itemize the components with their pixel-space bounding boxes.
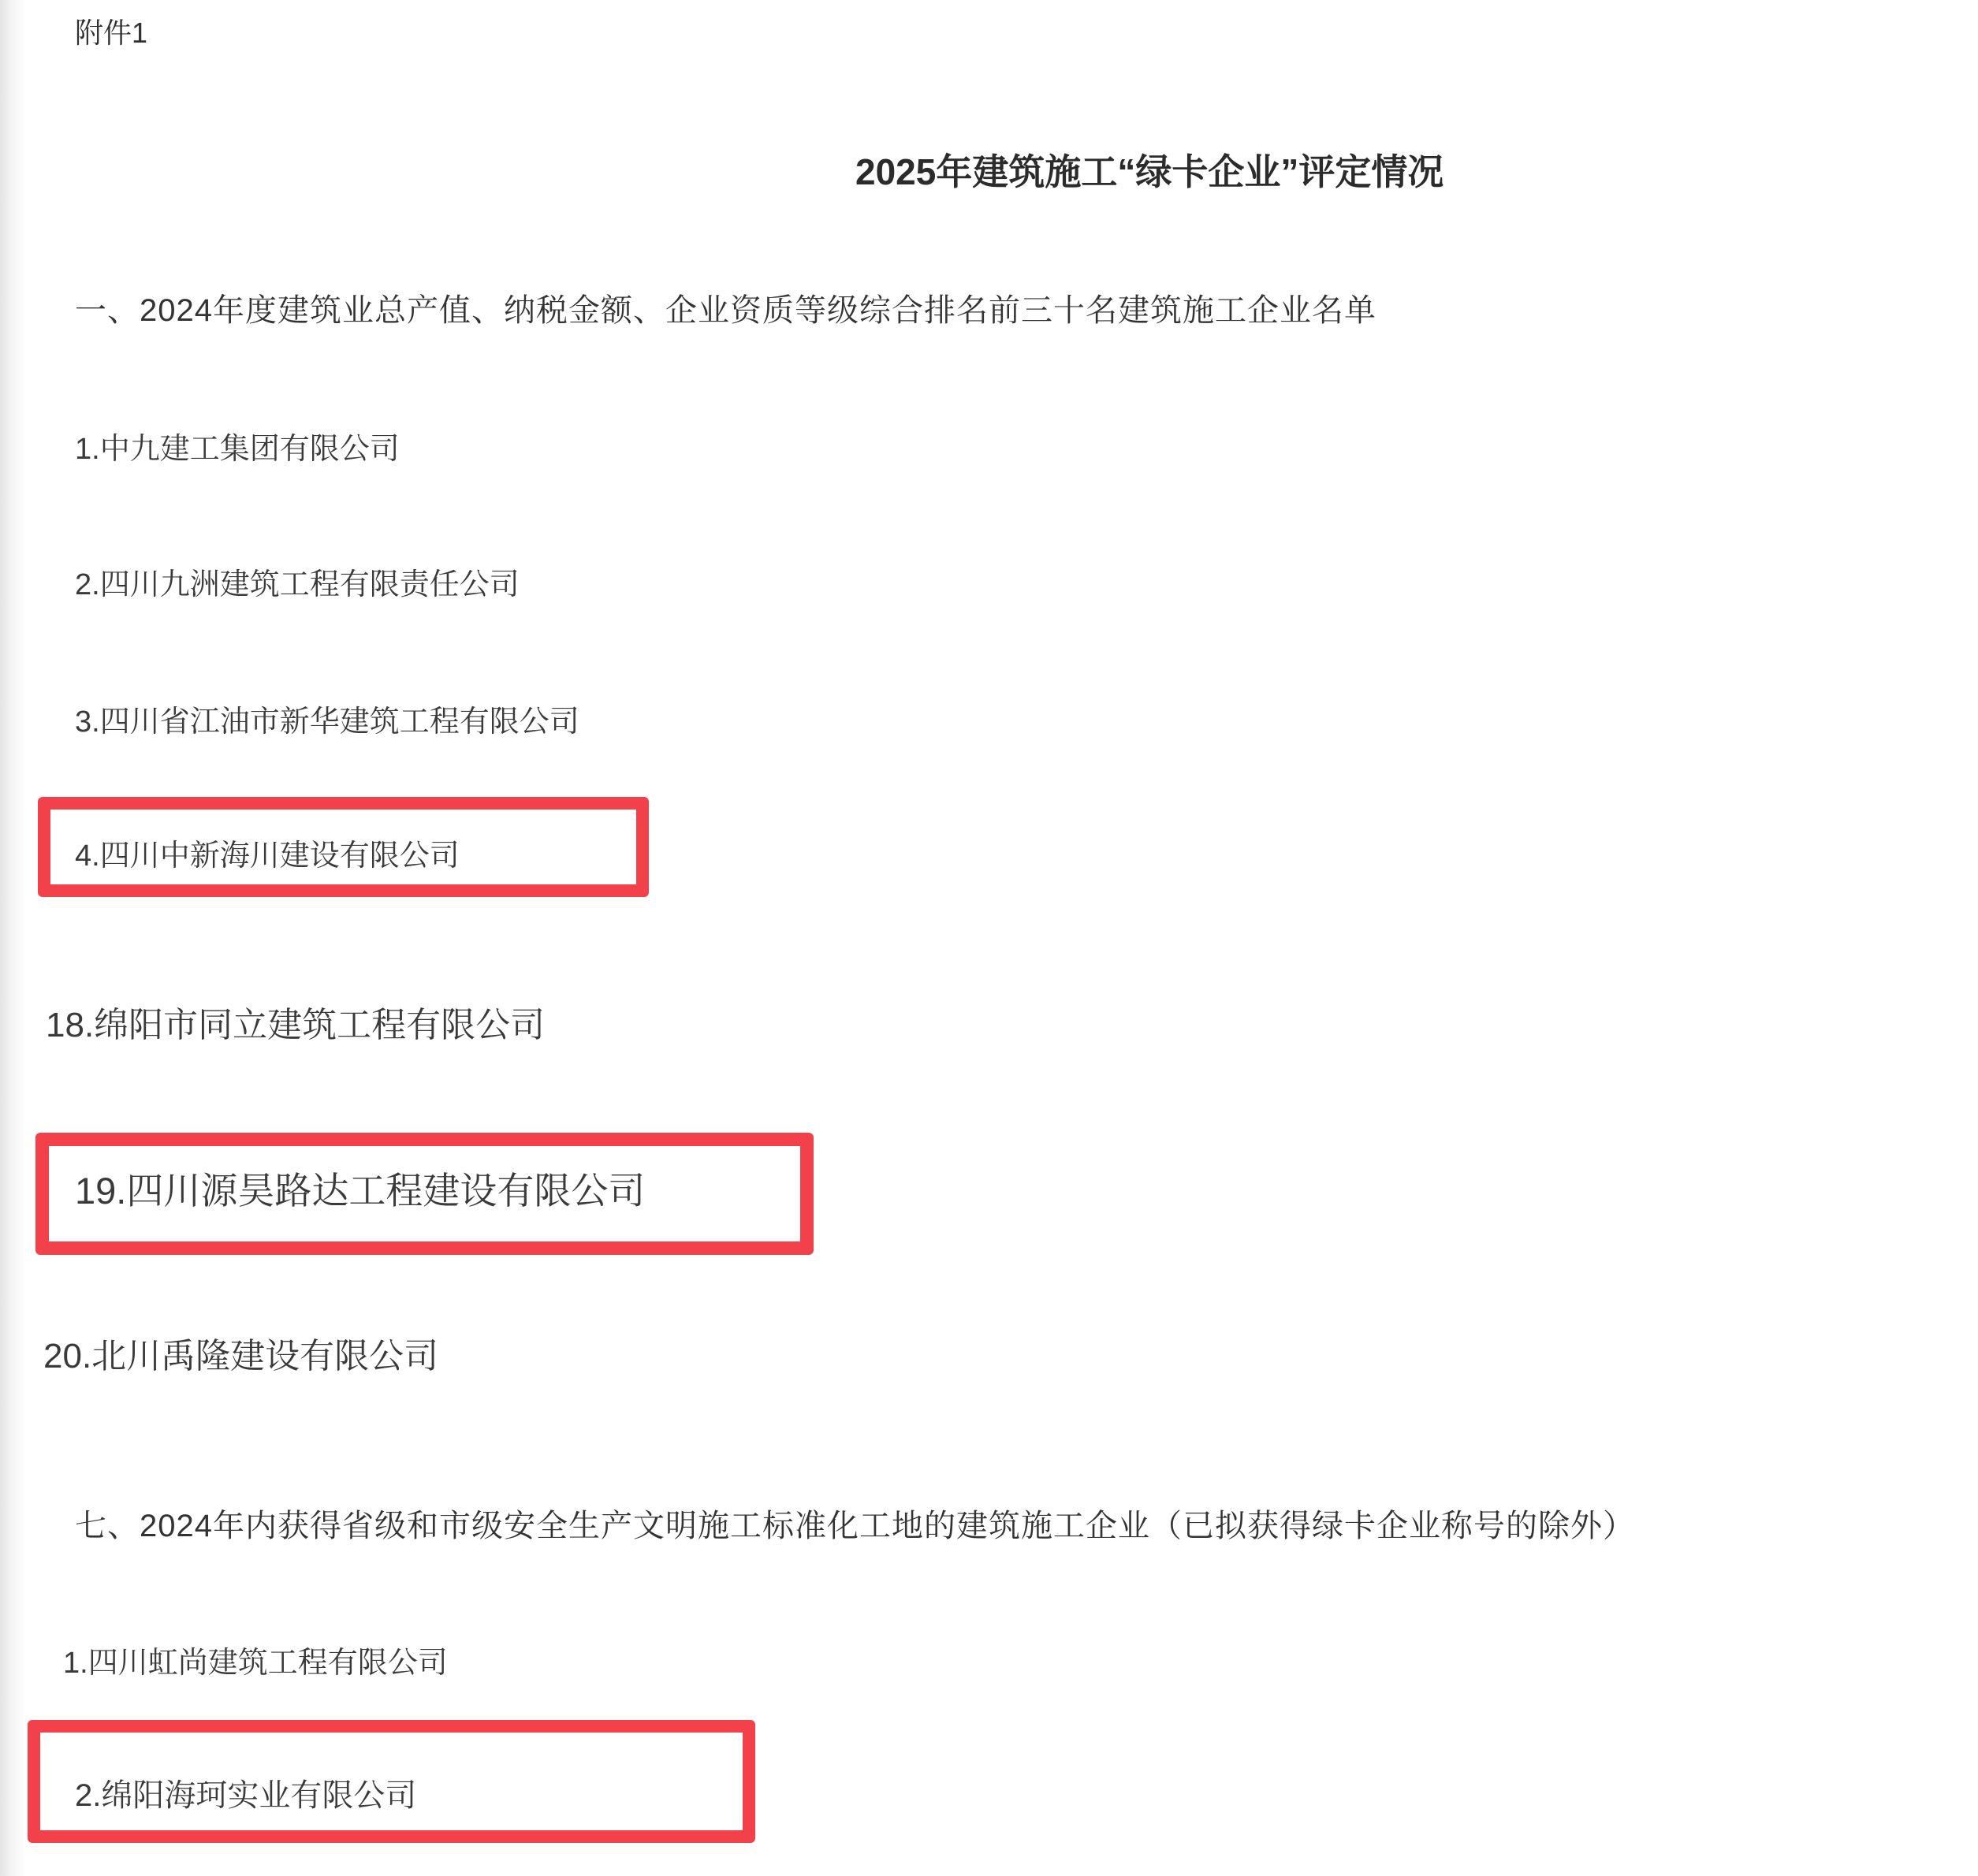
document-page: 附件1 2025年建筑施工“绿卡企业”评定情况 一、2024年度建筑业总产值、纳… bbox=[0, 0, 1978, 1876]
list-item-3: 3.四川省江油市新华建筑工程有限公司 bbox=[75, 697, 579, 740]
list-item-4-highlighted: 4.四川中新海川建设有限公司 bbox=[75, 831, 460, 874]
section-1-heading: 一、2024年度建筑业总产值、纳税金额、企业资质等级综合排名前三十名建筑施工企业… bbox=[75, 285, 1376, 330]
list-item-19-highlighted: 19.四川源昊路达工程建设有限公司 bbox=[75, 1162, 645, 1215]
list-item-2: 2.四川九洲建筑工程有限责任公司 bbox=[75, 560, 520, 603]
list-item-20: 20.北川禹隆建设有限公司 bbox=[43, 1327, 438, 1378]
section-7-heading: 七、2024年内获得省级和市级安全生产文明施工标准化工地的建筑施工企业（已拟获得… bbox=[75, 1501, 1635, 1546]
section-7-list-item-1: 1.四川虹尚建筑工程有限公司 bbox=[63, 1638, 448, 1681]
list-item-1: 1.中九建工集团有限公司 bbox=[75, 424, 400, 467]
page-edge-shadow bbox=[0, 0, 25, 1876]
attachment-label: 附件1 bbox=[75, 11, 147, 51]
section-7-list-item-2-highlighted: 2.绵阳海珂实业有限公司 bbox=[75, 1770, 416, 1815]
document-title: 2025年建筑施工“绿卡企业”评定情况 bbox=[855, 143, 1443, 195]
list-item-18: 18.绵阳市同立建筑工程有限公司 bbox=[46, 996, 545, 1047]
